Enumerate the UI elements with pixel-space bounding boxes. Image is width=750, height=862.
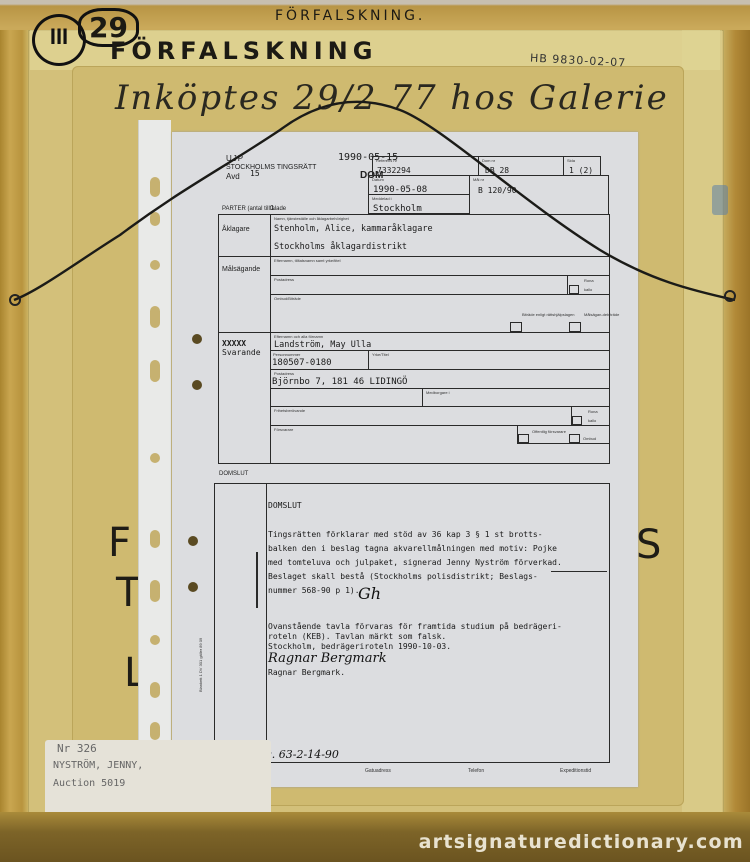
hanging-wire [0,0,750,862]
watermark-text: artsignaturedictionary.com [419,831,744,853]
